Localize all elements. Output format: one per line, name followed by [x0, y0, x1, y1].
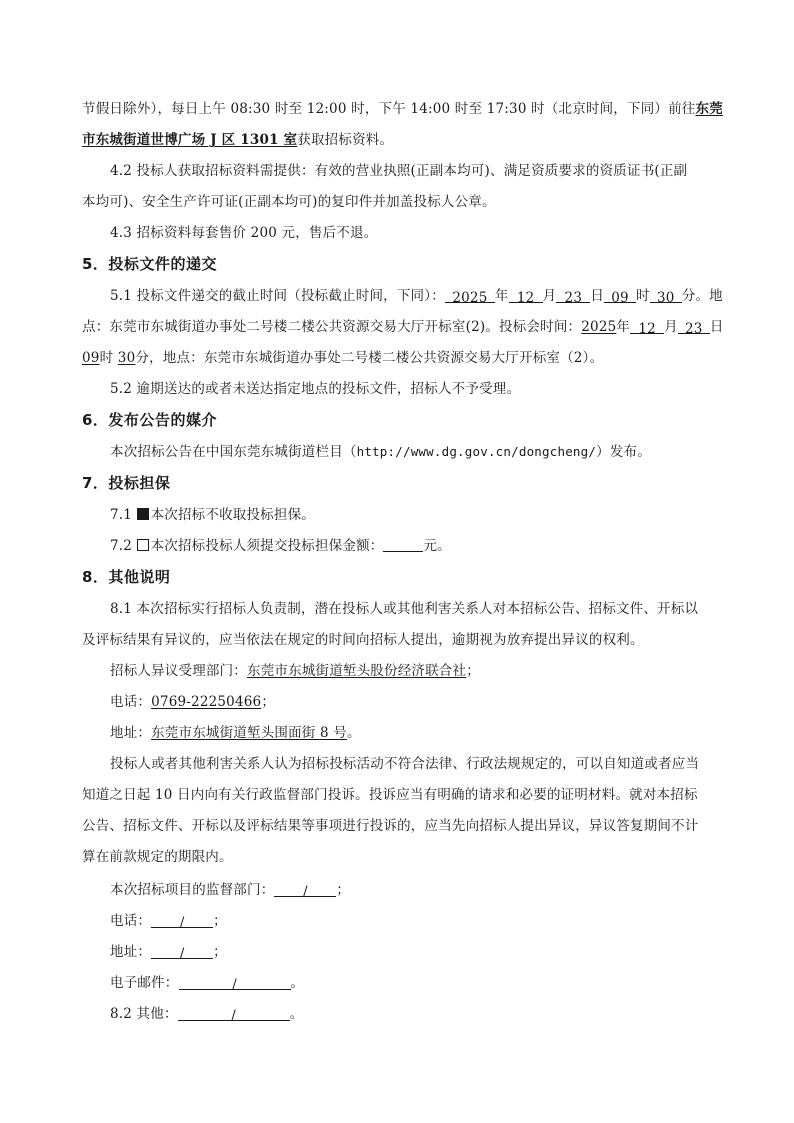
meeting-minute: 30 — [118, 350, 136, 366]
text: 本次招标不收取投标担保。 — [151, 507, 315, 523]
text: 。 — [347, 725, 361, 741]
unit: 分 — [135, 350, 149, 366]
para-7-1: 7.1 本次招标不收取投标担保。 — [110, 505, 315, 525]
complaint-line4: 算在前款规定的期限内。 — [82, 847, 233, 867]
text: ，地点：东莞市东城街道办事处二号楼二楼公共资源交易大厅开标室（2）。 — [149, 350, 603, 366]
unit: 年 — [495, 288, 509, 304]
item-number: 7.1 — [110, 507, 132, 523]
label: 地址： — [110, 944, 151, 960]
text: ； — [261, 694, 275, 710]
bond-amount-field — [383, 537, 423, 552]
item-number: 7.2 — [110, 538, 132, 554]
text: 元。 — [423, 538, 450, 554]
meeting-year: 2025 — [581, 319, 616, 335]
supervisor-phone-field: / — [151, 913, 213, 928]
complaint-line2: 知道之日起 10 日内向有关行政监督部门投诉。投诉应当有明确的请求和必要的证明材… — [82, 785, 698, 805]
unit: 时 — [636, 288, 650, 304]
unit: 月 — [664, 319, 678, 335]
pickup-location-part2: 市东城街道世博广场 J 区 1301 室 — [82, 132, 297, 148]
text: 本次招标公告在中国东莞东城街道栏目（ — [110, 444, 357, 460]
para-8-1-line1: 8.1 本次招标实行招标人负责制，潜在投标人或其他利害关系人对本招标公告、招标文… — [110, 599, 698, 619]
objection-dept-line: 招标人异议受理部门：东莞市东城街道堑头股份经济联合社； — [110, 661, 480, 681]
label: 电话： — [110, 913, 151, 929]
deadline-hour: 09 — [604, 288, 636, 303]
complaint-line1: 投标人或者其他利害关系人认为招标投标活动不符合法律、行政法规规定的，可以自知道或… — [110, 754, 699, 774]
para-4-2-line2: 本均可)、安全生产许可证(正副本均可)的复印件并加盖投标人公章。 — [82, 192, 496, 212]
unit: 年 — [616, 319, 630, 335]
meeting-day: 23 — [678, 319, 710, 334]
text: 。 — [290, 1006, 304, 1022]
text: ； — [213, 944, 227, 960]
text: 点：东莞市东城街道办事处二号楼二楼公共资源交易大厅开标室(2)。投标会时间： — [82, 319, 581, 335]
para-7-2: 7.2 本次招标投标人须提交投标担保金额：元。 — [110, 536, 451, 556]
deadline-year: 2025 — [445, 288, 495, 303]
checkbox-unchecked-icon[interactable] — [137, 539, 149, 551]
pickup-location-part1: 东莞 — [696, 101, 723, 117]
meeting-month: 12 — [630, 319, 664, 334]
supervisor-email-line: 电子邮件：/。 — [110, 973, 304, 993]
para-6: 本次招标公告在中国东莞东城街道栏目（http://www.dg.gov.cn/d… — [110, 442, 651, 462]
objection-phone-value: 0769-22250466 — [151, 694, 261, 710]
s4-continuation-line1: 节假日除外），每日上午 08:30 时至 12:00 时，下午 14:00 时至… — [82, 99, 723, 119]
unit: 日 — [710, 319, 724, 335]
label: 招标人异议受理部门： — [110, 663, 247, 679]
text: 节假日除外），每日上午 08:30 时至 12:00 时，下午 14:00 时至… — [82, 101, 696, 117]
objection-phone-line: 电话：0769-22250466； — [110, 692, 275, 712]
heading-section-6: 6．发布公告的媒介 — [82, 410, 217, 430]
heading-section-5: 5．投标文件的递交 — [82, 254, 217, 274]
text: 。地 — [695, 288, 722, 304]
objection-address-value: 东莞市东城街道堑头围面街 8 号 — [151, 725, 347, 741]
checkbox-checked-icon[interactable] — [137, 508, 149, 520]
unit: 分 — [682, 288, 696, 304]
text: ； — [466, 663, 480, 679]
para-5-2: 5.2 逾期送达的或者未送达指定地点的投标文件，招标人不予受理。 — [110, 379, 520, 399]
text: ； — [213, 913, 227, 929]
label: 电子邮件： — [110, 975, 179, 991]
heading-section-7: 7．投标担保 — [82, 473, 170, 493]
label: 本次招标项目的监督部门： — [110, 882, 274, 898]
supervisor-address-field: / — [151, 944, 213, 959]
deadline-minute: 30 — [650, 288, 682, 303]
deadline-day: 23 — [556, 288, 590, 303]
text: ； — [336, 882, 350, 898]
other-field: / — [178, 1006, 290, 1021]
label: 电话： — [110, 694, 151, 710]
s4-continuation-line2: 市东城街道世博广场 J 区 1301 室获取招标资料。 — [82, 130, 393, 150]
para-4-2-line1: 4.2 投标人获取招标资料需提供：有效的营业执照(正副本均可)、满足资质要求的资… — [110, 161, 687, 181]
text: 本次招标投标人须提交投标担保金额： — [151, 538, 384, 554]
para-5-1-line3: 09时 30分，地点：东莞市东城街道办事处二号楼二楼公共资源交易大厅开标室（2）… — [82, 348, 603, 368]
label: 地址： — [110, 725, 151, 741]
para-8-2: 8.2 其他：/。 — [110, 1004, 303, 1024]
deadline-month: 12 — [509, 288, 543, 303]
publication-url[interactable]: http://www.dg.gov.cn/dongcheng/ — [357, 444, 597, 459]
complaint-line3: 公告、招标文件、开标以及评标结果等事项进行投诉的，应当先向招标人提出异议，异议答… — [82, 816, 699, 836]
label: 8.2 其他： — [110, 1006, 178, 1022]
supervisor-address-line: 地址：/； — [110, 942, 227, 962]
supervisor-email-field: / — [179, 975, 291, 990]
text: 5.1 投标文件递交的截止时间（投标截止时间，下同）： — [110, 288, 445, 304]
supervisor-dept-field: / — [274, 882, 336, 897]
meeting-hour: 09 — [82, 350, 100, 366]
text: ）发布。 — [596, 444, 651, 460]
objection-address-line: 地址：东莞市东城街道堑头围面街 8 号。 — [110, 723, 361, 743]
objection-dept-value: 东莞市东城街道堑头股份经济联合社 — [247, 663, 466, 679]
para-4-3: 4.3 招标资料每套售价 200 元，售后不退。 — [110, 223, 377, 243]
heading-section-8: 8．其他说明 — [82, 567, 170, 587]
para-5-1-line1: 5.1 投标文件递交的截止时间（投标截止时间，下同）：2025年12月23日09… — [110, 286, 723, 306]
para-8-1-line2: 及评标结果有异议的，应当依法在规定的时间向招标人提出，逾期视为放弃提出异议的权利… — [82, 630, 644, 650]
text: 获取招标资料。 — [297, 132, 393, 148]
text: 。 — [291, 975, 305, 991]
supervisor-phone-line: 电话：/； — [110, 911, 227, 931]
unit: 日 — [590, 288, 604, 304]
unit: 时 — [100, 350, 114, 366]
para-5-1-line2: 点：东莞市东城街道办事处二号楼二楼公共资源交易大厅开标室(2)。投标会时间：20… — [82, 317, 724, 337]
unit: 月 — [543, 288, 557, 304]
supervisor-line: 本次招标项目的监督部门：/； — [110, 880, 350, 900]
